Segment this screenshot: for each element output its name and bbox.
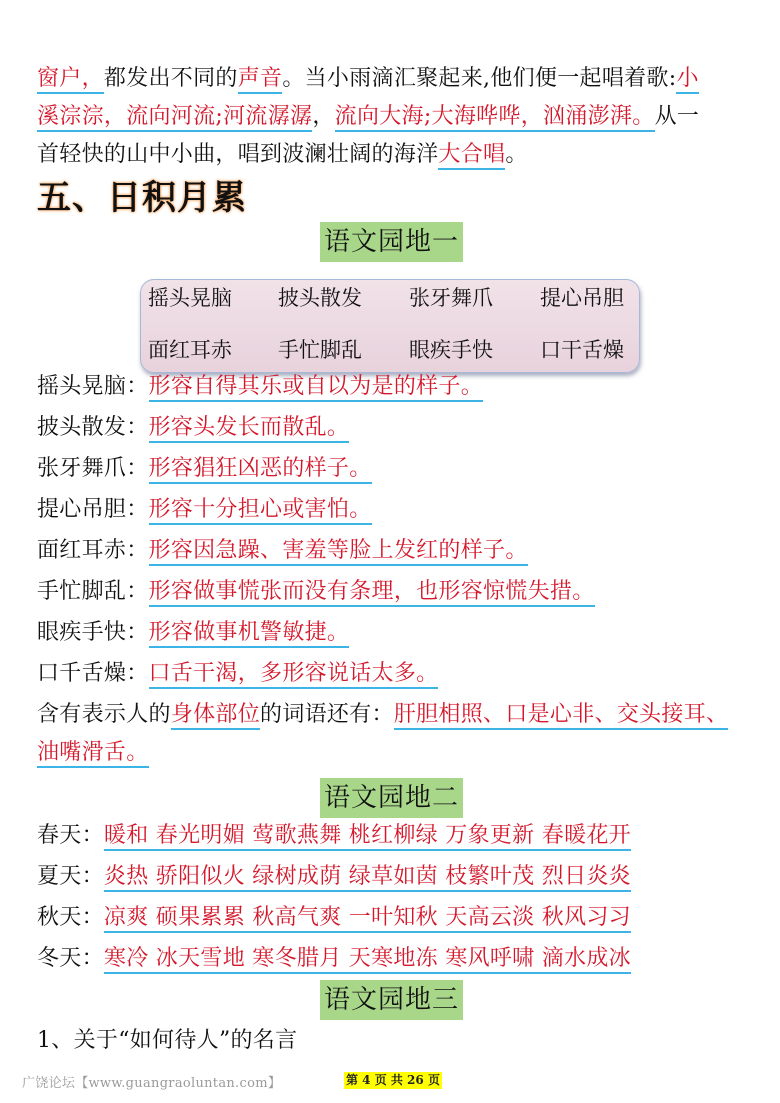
definition-row: 口千舌燥：口舌干渴，多形容说话太多。 xyxy=(37,659,438,689)
season-row: 冬天：寒冷 冰天雪地 寒冬腊月 天寒地冻 寒风呼啸 滴水成冰 xyxy=(37,944,631,974)
paragraph-line-1: 窗户，都发出不同的声音。当小雨滴汇聚起来,他们便一起唱着歌:小 xyxy=(37,64,699,94)
answer-text: 流向大海;大海哗哗，汹涌澎湃。 xyxy=(335,104,655,132)
season-label: 秋天： xyxy=(37,905,104,930)
definition-term: 张牙舞爪： xyxy=(37,456,149,481)
definition-row: 披头散发：形容头发长而散乱。 xyxy=(37,413,349,443)
season-row: 夏天：炎热 骄阳似火 绿树成荫 绿草如茵 枝繁叶茂 烈日炎炎 xyxy=(37,862,631,892)
answer-text: 声音 xyxy=(238,66,283,94)
paragraph-line-2: 溪淙淙，流向河流;河流潺潺，流向大海;大海哗哗，汹涌澎湃。从一 xyxy=(37,102,699,132)
season-row: 春天：暖和 春光明媚 莺歌燕舞 桃红柳绿 万象更新 春暖花开 xyxy=(37,821,631,851)
definition-meaning: 形容十分担心或害怕。 xyxy=(149,497,372,525)
idiom-item: 披头散发 xyxy=(278,284,362,312)
answer-text: 小 xyxy=(676,66,698,94)
body-text: 从一 xyxy=(655,104,700,129)
definition-meaning: 口舌干渴，多形容说话太多。 xyxy=(149,661,439,689)
definition-term: 披头散发： xyxy=(37,415,149,440)
idiom-item: 面红耳赤 xyxy=(148,336,232,364)
season-label: 冬天： xyxy=(37,946,104,971)
idiom-item: 提心吊胆 xyxy=(540,284,624,312)
body-text: 首轻快的山中小曲，唱到波澜壮阔的海洋 xyxy=(37,142,438,167)
season-words: 暖和 春光明媚 莺歌燕舞 桃红柳绿 万象更新 春暖花开 xyxy=(104,823,631,851)
answer-text: 溪淙淙，流向河流;河流潺潺 xyxy=(37,104,312,132)
idiom-item: 手忙脚乱 xyxy=(278,336,362,364)
season-words: 炎热 骄阳似火 绿树成荫 绿草如茵 枝繁叶茂 烈日炎炎 xyxy=(104,864,631,892)
body-text: 。 xyxy=(505,142,527,167)
idiom-item: 口干舌燥 xyxy=(540,336,624,364)
definition-meaning: 形容头发长而散乱。 xyxy=(149,415,350,443)
definition-meaning: 形容做事机警敏捷。 xyxy=(149,620,350,648)
body-text: 。当小雨滴汇聚起来,他们便一起唱着歌: xyxy=(282,66,676,91)
section-heading: 五、日积月累 xyxy=(37,176,247,220)
definition-meaning: 形容自得其乐或自以为是的样子。 xyxy=(149,374,484,402)
garden3-item-1: 1、关于“如何待人”的名言 xyxy=(37,1026,297,1056)
garden3-title: 语文园地三 xyxy=(320,980,463,1020)
body-parts-line-1: 含有表示人的身体部位的词语还有：肝胆相照、口是心非、交头接耳、 xyxy=(37,700,728,730)
footer-site-link[interactable]: 广饶论坛【www.guangraoluntan.com】 xyxy=(22,1072,281,1091)
definition-meaning: 形容因急躁、害羞等脸上发红的样子。 xyxy=(149,538,528,566)
definition-term: 面红耳赤： xyxy=(37,538,149,563)
season-words: 凉爽 硕果累累 秋高气爽 一叶知秋 天高云淡 秋风习习 xyxy=(104,905,631,933)
body-text: 都发出不同的 xyxy=(104,66,238,91)
definition-term: 提心吊胆： xyxy=(37,497,149,522)
definition-meaning: 形容猖狂凶恶的样子。 xyxy=(149,456,372,484)
answer-text: 肝胆相照、口是心非、交头接耳、 xyxy=(394,702,729,730)
garden2-title: 语文园地二 xyxy=(320,778,463,818)
idiom-box: 摇头晃脑 披头散发 张牙舞爪 提心吊胆 面红耳赤 手忙脚乱 眼疾手快 口干舌燥 xyxy=(140,279,640,373)
definition-row: 张牙舞爪：形容猖狂凶恶的样子。 xyxy=(37,454,372,484)
idiom-item: 眼疾手快 xyxy=(409,336,493,364)
definition-term: 眼疾手快： xyxy=(37,620,149,645)
body-parts-line-2: 油嘴滑舌。 xyxy=(37,738,163,768)
definition-term: 口千舌燥： xyxy=(37,661,149,686)
season-label: 夏天： xyxy=(37,864,104,889)
idiom-item: 摇头晃脑 xyxy=(148,284,232,312)
definition-row: 摇头晃脑：形容自得其乐或自以为是的样子。 xyxy=(37,372,483,402)
season-label: 春天： xyxy=(37,823,104,848)
season-words: 寒冷 冰天雪地 寒冬腊月 天寒地冻 寒风呼啸 滴水成冰 xyxy=(104,946,631,974)
definition-meaning: 形容做事慌张而没有条理，也形容惊慌失措。 xyxy=(149,579,595,607)
answer-text: 油嘴滑舌。 xyxy=(37,740,149,768)
body-text: ， xyxy=(312,104,334,129)
body-text: 含有表示人的 xyxy=(37,702,171,727)
definition-row: 面红耳赤：形容因急躁、害羞等脸上发红的样子。 xyxy=(37,536,528,566)
definition-term: 手忙脚乱： xyxy=(37,579,149,604)
definition-row: 提心吊胆：形容十分担心或害怕。 xyxy=(37,495,372,525)
page-number: 第 4 页 共 26 页 xyxy=(344,1072,442,1089)
definition-term: 摇头晃脑： xyxy=(37,374,149,399)
paragraph-line-3: 首轻快的山中小曲，唱到波澜壮阔的海洋大合唱。 xyxy=(37,140,528,170)
definition-row: 手忙脚乱：形容做事慌张而没有条理，也形容惊慌失措。 xyxy=(37,577,595,607)
answer-text: 身体部位 xyxy=(171,702,260,730)
idiom-item: 张牙舞爪 xyxy=(409,284,493,312)
body-text: 的词语还有： xyxy=(260,702,394,727)
garden1-title: 语文园地一 xyxy=(320,222,463,262)
definition-row: 眼疾手快：形容做事机警敏捷。 xyxy=(37,618,349,648)
answer-text: 窗户， xyxy=(37,66,104,94)
season-row: 秋天：凉爽 硕果累累 秋高气爽 一叶知秋 天高云淡 秋风习习 xyxy=(37,903,631,933)
answer-text: 大合唱 xyxy=(438,142,505,170)
